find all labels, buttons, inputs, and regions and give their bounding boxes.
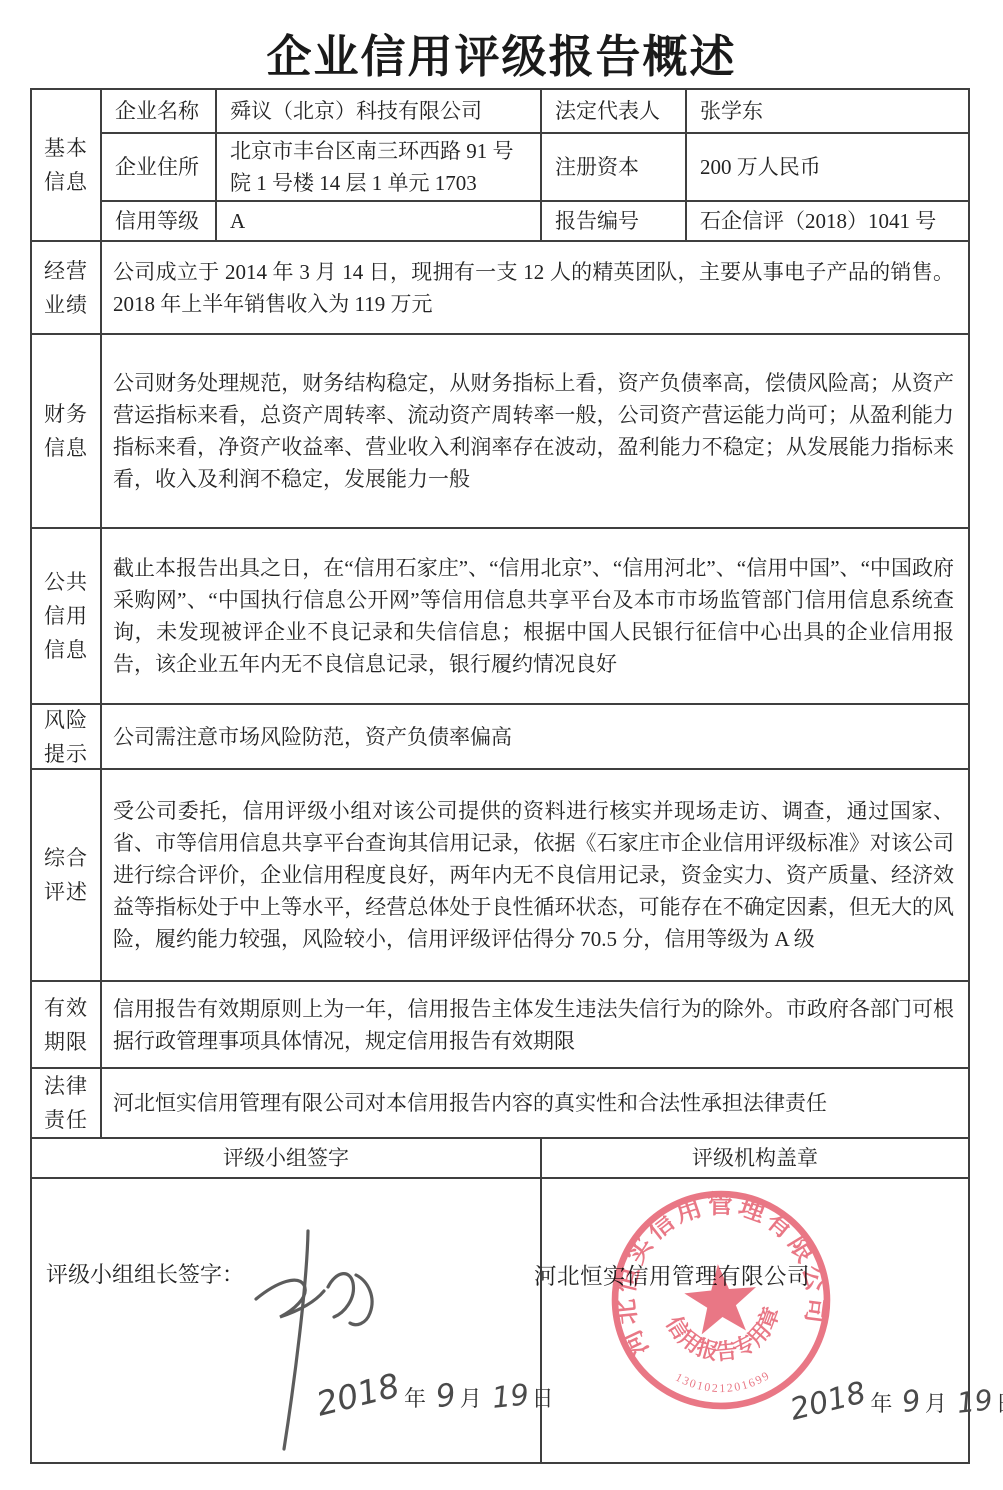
value-credit-rating: A: [217, 202, 542, 242]
month-unit: 月: [925, 1391, 947, 1416]
month-unit: 月: [460, 1386, 482, 1411]
paragraph: 公司需注意市场风险防范，资产负债率偏高: [113, 721, 512, 753]
field-label-credit-rating: 信用等级: [102, 202, 217, 242]
team-leader-signature-label: 评级小组组长签字：: [46, 1259, 244, 1291]
value-report-number: 石企信评（2018）1041 号: [687, 202, 968, 242]
section-label-legal-liability: 法律责任: [32, 1069, 102, 1139]
paragraph: 公司财务处理规范，财务结构稳定，从财务指标上看，资产负债率高，偿债风险高；从资产…: [113, 367, 954, 495]
year-unit: 年: [404, 1386, 426, 1411]
field-label-legal-representative: 法定代表人: [542, 90, 687, 134]
section-text-overall-review: 受公司委托，信用评级小组对该公司提供的资料进行核实并现场走访、调查，通过国家、省…: [102, 770, 968, 982]
field-label-company-address: 企业住所: [102, 134, 217, 202]
report-table: 基本信息 企业名称 舜议（北京）科技有限公司 法定代表人 张学东 企业住所 北京…: [30, 88, 970, 1464]
paragraph: 公司成立于 2014 年 3 月 14 日，现拥有一支 12 人的精英团队，主要…: [113, 256, 954, 320]
paragraph: 信用报告有效期原则上为一年，信用报告主体发生违法失信行为的除外。市政府各部门可根…: [113, 993, 954, 1057]
section-text-business-performance: 公司成立于 2014 年 3 月 14 日，现拥有一支 12 人的精英团队，主要…: [102, 242, 968, 335]
value-legal-representative: 张学东: [687, 90, 968, 134]
signature-scribble: [244, 1227, 394, 1452]
field-label-report-number: 报告编号: [542, 202, 687, 242]
page-title: 企业信用评级报告概述: [0, 20, 1003, 85]
handwritten-day: 19: [955, 1384, 994, 1420]
signature-date: 2018年9月19日: [316, 1379, 554, 1415]
section-label-financial-info: 财务信息: [32, 335, 102, 529]
field-label-company-name: 企业名称: [102, 90, 217, 134]
paragraph: 河北恒实信用管理有限公司对本信用报告内容的真实性和合法性承担法律责任: [113, 1087, 827, 1119]
footer-signature-cell: 评级小组组长签字： 2018年9月19日: [32, 1179, 542, 1462]
section-label-validity-period: 有效期限: [32, 982, 102, 1069]
section-text-validity-period: 信用报告有效期原则上为一年，信用报告主体发生违法失信行为的除外。市政府各部门可根…: [102, 982, 968, 1069]
field-label-registered-capital: 注册资本: [542, 134, 687, 202]
section-label-public-credit-info: 公共信用信息: [32, 529, 102, 705]
section-text-legal-liability: 河北恒实信用管理有限公司对本信用报告内容的真实性和合法性承担法律责任: [102, 1069, 968, 1139]
credit-report-document: 企业信用评级报告概述 基本信息 企业名称 舜议（北京）科技有限公司 法定代表人 …: [0, 0, 1003, 1490]
value-company-name: 舜议（北京）科技有限公司: [217, 90, 542, 134]
svg-text:1301021201699: 1301021201699: [672, 1362, 774, 1400]
seal-stamp: 河北恒实信用管理有限公司 信用报告专用章 1301021201699: [588, 1167, 855, 1434]
value-company-address: 北京市丰台区南三环西路 91 号院 1 号楼 14 层 1 单元 1703: [217, 134, 542, 202]
section-label-business-performance: 经营业绩: [32, 242, 102, 335]
section-text-financial-info: 公司财务处理规范，财务结构稳定，从财务指标上看，资产负债率高，偿债风险高；从资产…: [102, 335, 968, 529]
day-unit: 日: [995, 1391, 1003, 1416]
seal-number: 1301021201699: [672, 1362, 774, 1400]
paragraph: 截止本报告出具之日，在“信用石家庄”、“信用北京”、“信用河北”、“信用中国”、…: [113, 552, 954, 680]
value-registered-capital: 200 万人民币: [687, 134, 968, 202]
section-label-overall-review: 综合评述: [32, 770, 102, 982]
year-unit: 年: [870, 1391, 892, 1416]
footer-seal-cell: 河北恒实信用管理有限公司 河北恒实信用管理有限公司 信用报告专用章 130102…: [542, 1179, 968, 1462]
handwritten-day: 19: [490, 1378, 530, 1414]
section-label-risk-warning: 风险提示: [32, 705, 102, 770]
star-icon: [682, 1261, 760, 1336]
section-text-public-credit-info: 截止本报告出具之日，在“信用石家庄”、“信用北京”、“信用河北”、“信用中国”、…: [102, 529, 968, 705]
paragraph: 受公司委托，信用评级小组对该公司提供的资料进行核实并现场走访、调查，通过国家、省…: [113, 795, 954, 955]
section-label-basic-info: 基本信息: [32, 90, 102, 242]
handwritten-month: 9: [900, 1384, 923, 1418]
section-text-risk-warning: 公司需注意市场风险防范，资产负债率偏高: [102, 705, 968, 770]
handwritten-month: 9: [434, 1379, 458, 1413]
footer-header-rating-team-signature: 评级小组签字: [32, 1139, 542, 1179]
